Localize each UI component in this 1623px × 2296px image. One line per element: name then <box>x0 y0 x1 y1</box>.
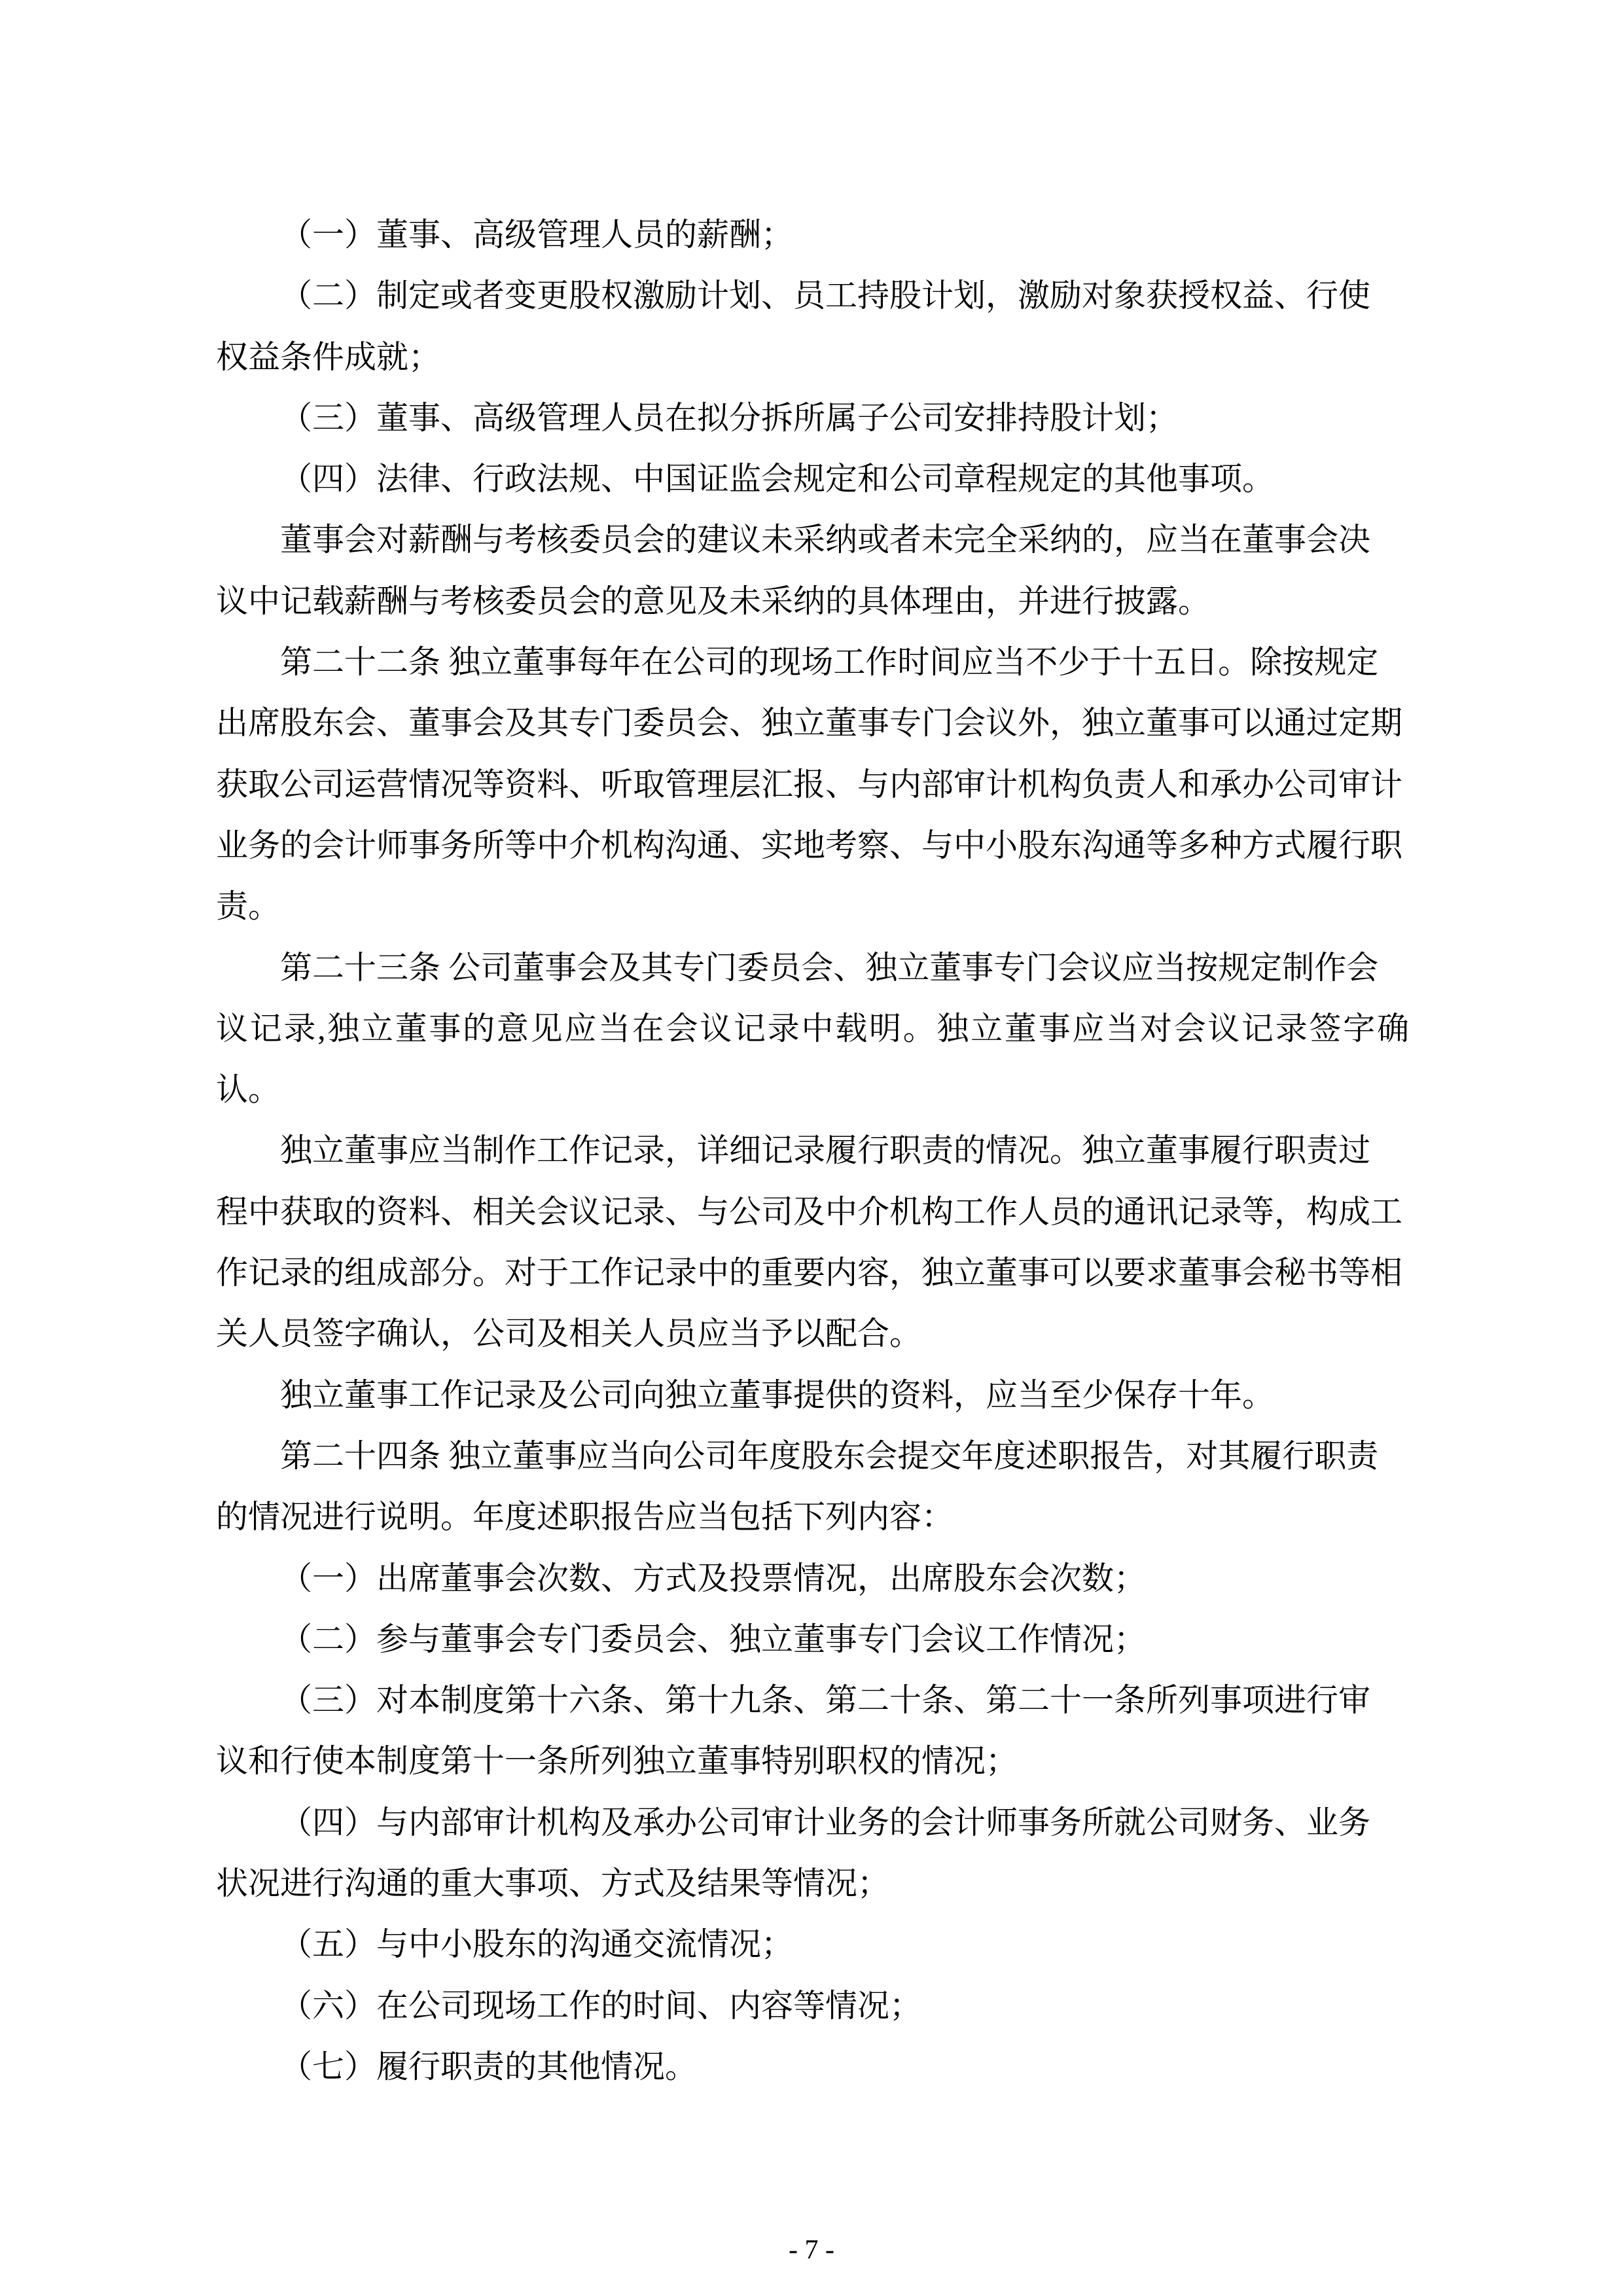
page-number: - 7 - <box>0 2231 1623 2270</box>
paragraph-item-3: （三）董事、高级管理人员在拟分拆所属子公司安排持股计划； <box>216 387 1409 448</box>
paragraph-article-22: 第二十二条 独立董事每年在公司的现场工作时间应当不少于十五日。除按规定 出席股东… <box>216 632 1409 937</box>
paragraph-article-24: 第二十四条 独立董事应当向公司年度股东会提交年度述职报告，对其履行职责 的情况进… <box>216 1426 1409 1548</box>
paragraph-item-4: （四）法律、行政法规、中国证监会规定和公司章程规定的其他事项。 <box>216 448 1409 509</box>
paragraph-board-remuneration: 董事会对薪酬与考核委员会的建议未采纳或者未完全采纳的，应当在董事会决 议中记载薪… <box>216 509 1409 632</box>
document-body-text: （一）董事、高级管理人员的薪酬； （二）制定或者变更股权激励计划、员工持股计划，… <box>216 204 1409 2097</box>
paragraph-item-1: （一）董事、高级管理人员的薪酬； <box>216 204 1409 265</box>
report-item-3: （三）对本制度第十六条、第十九条、第二十条、第二十一条所列事项进行审 议和行使本… <box>216 1670 1409 1792</box>
report-item-5: （五）与中小股东的沟通交流情况； <box>216 1914 1409 1975</box>
report-item-6: （六）在公司现场工作的时间、内容等情况； <box>216 1975 1409 2036</box>
paragraph-work-records: 独立董事应当制作工作记录，详细记录履行职责的情况。独立董事履行职责过 程中获取的… <box>216 1120 1409 1364</box>
paragraph-article-23: 第二十三条 公司董事会及其专门委员会、独立董事专门会议应当按规定制作会 议记录,… <box>216 937 1409 1121</box>
report-item-4: （四）与内部审计机构及承办公司审计业务的会计师事务所就公司财务、业务 状况进行沟… <box>216 1792 1409 1914</box>
report-item-7: （七）履行职责的其他情况。 <box>216 2036 1409 2097</box>
paragraph-records-retention: 独立董事工作记录及公司向独立董事提供的资料，应当至少保存十年。 <box>216 1365 1409 1426</box>
report-item-2: （二）参与董事会专门委员会、独立董事专门会议工作情况； <box>216 1609 1409 1670</box>
report-item-1: （一）出席董事会次数、方式及投票情况，出席股东会次数； <box>216 1548 1409 1609</box>
paragraph-item-2: （二）制定或者变更股权激励计划、员工持股计划，激励对象获授权益、行使 权益条件成… <box>216 265 1409 387</box>
document-page: { "document": { "paragraphs": [ "（一）董事、高… <box>0 0 1623 2296</box>
